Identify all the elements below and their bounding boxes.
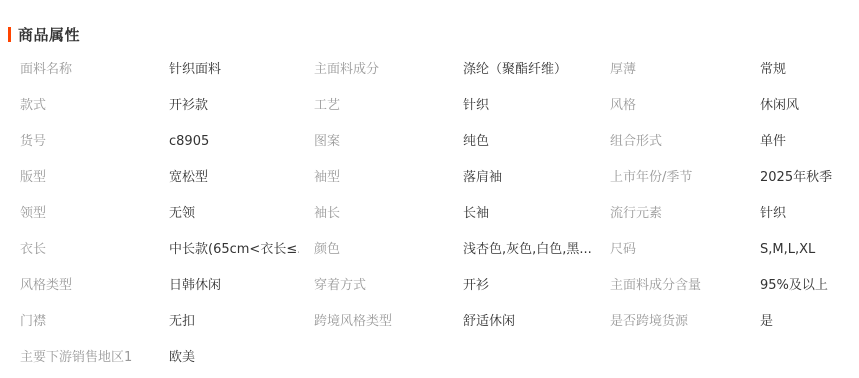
attribute-value: 宽松型 [169,160,299,196]
attribute-label: 穿着方式 [314,268,454,304]
attribute-value: 长袖 [463,196,593,232]
attribute-label: 风格 [610,88,750,124]
attribute-label: 衣长 [20,232,160,268]
attribute-label: 版型 [20,160,160,196]
attribute-label: 上市年份/季节 [610,160,750,196]
attribute-value: 休闲风 [760,88,855,124]
attribute-row: 风格类型 日韩休闲 穿着方式 开衫 主面料成分含量 95%及以上 [0,268,859,304]
attribute-label: 主面料成分含量 [610,268,750,304]
attribute-value: 落肩袖 [463,160,593,196]
attribute-row: 主要下游销售地区1 欧美 [0,340,859,376]
attribute-label: 厚薄 [610,52,750,88]
attribute-value: S,M,L,XL [760,232,855,268]
attribute-value: 欧美 [169,340,299,376]
attribute-label: 袖型 [314,160,454,196]
attribute-label: 跨境风格类型 [314,304,454,340]
attribute-value: 针织 [463,88,593,124]
attribute-value: c8905 [169,124,299,160]
attribute-label: 袖长 [314,196,454,232]
section-title: 商品属性 [18,24,80,45]
attribute-label: 款式 [20,88,160,124]
attribute-value: 开衫 [463,268,593,304]
attribute-value: 常规 [760,52,855,88]
attributes-grid: 面料名称 针织面料 主面料成分 涤纶（聚酯纤维） 厚薄 常规 款式 开衫款 工艺… [0,52,859,376]
attribute-value: 浅杏色,灰色,白色,黑... [463,232,593,268]
attribute-label: 面料名称 [20,52,160,88]
attribute-value: 中长款(65cm<衣长≤... [169,232,299,268]
attribute-value: 针织面料 [169,52,299,88]
attribute-value: 95%及以上 [760,268,855,304]
attribute-label: 领型 [20,196,160,232]
attribute-value: 单件 [760,124,855,160]
attribute-row: 版型 宽松型 袖型 落肩袖 上市年份/季节 2025年秋季 [0,160,859,196]
accent-bar [8,27,11,42]
attribute-label: 门襟 [20,304,160,340]
attribute-value: 针织 [760,196,855,232]
attribute-label: 主面料成分 [314,52,454,88]
attribute-row: 门襟 无扣 跨境风格类型 舒适休闲 是否跨境货源 是 [0,304,859,340]
attribute-value: 日韩休闲 [169,268,299,304]
attribute-value: 无扣 [169,304,299,340]
attribute-label: 组合形式 [610,124,750,160]
attribute-label: 图案 [314,124,454,160]
attribute-row: 领型 无领 袖长 长袖 流行元素 针织 [0,196,859,232]
attribute-value: 2025年秋季 [760,160,855,196]
attribute-label: 货号 [20,124,160,160]
attribute-value: 涤纶（聚酯纤维） [463,52,593,88]
attribute-row: 货号 c8905 图案 纯色 组合形式 单件 [0,124,859,160]
attribute-value: 是 [760,304,855,340]
attribute-value: 开衫款 [169,88,299,124]
attribute-label: 是否跨境货源 [610,304,750,340]
product-attributes-header: 商品属性 [8,24,80,44]
attribute-value: 纯色 [463,124,593,160]
attribute-value: 舒适休闲 [463,304,593,340]
attribute-label: 主要下游销售地区1 [20,340,160,376]
attribute-value: 无领 [169,196,299,232]
attribute-label: 工艺 [314,88,454,124]
attribute-row: 衣长 中长款(65cm<衣长≤... 颜色 浅杏色,灰色,白色,黑... 尺码 … [0,232,859,268]
attribute-label: 尺码 [610,232,750,268]
attribute-row: 款式 开衫款 工艺 针织 风格 休闲风 [0,88,859,124]
attribute-label: 风格类型 [20,268,160,304]
attribute-label: 流行元素 [610,196,750,232]
attribute-label: 颜色 [314,232,454,268]
attribute-row: 面料名称 针织面料 主面料成分 涤纶（聚酯纤维） 厚薄 常规 [0,52,859,88]
